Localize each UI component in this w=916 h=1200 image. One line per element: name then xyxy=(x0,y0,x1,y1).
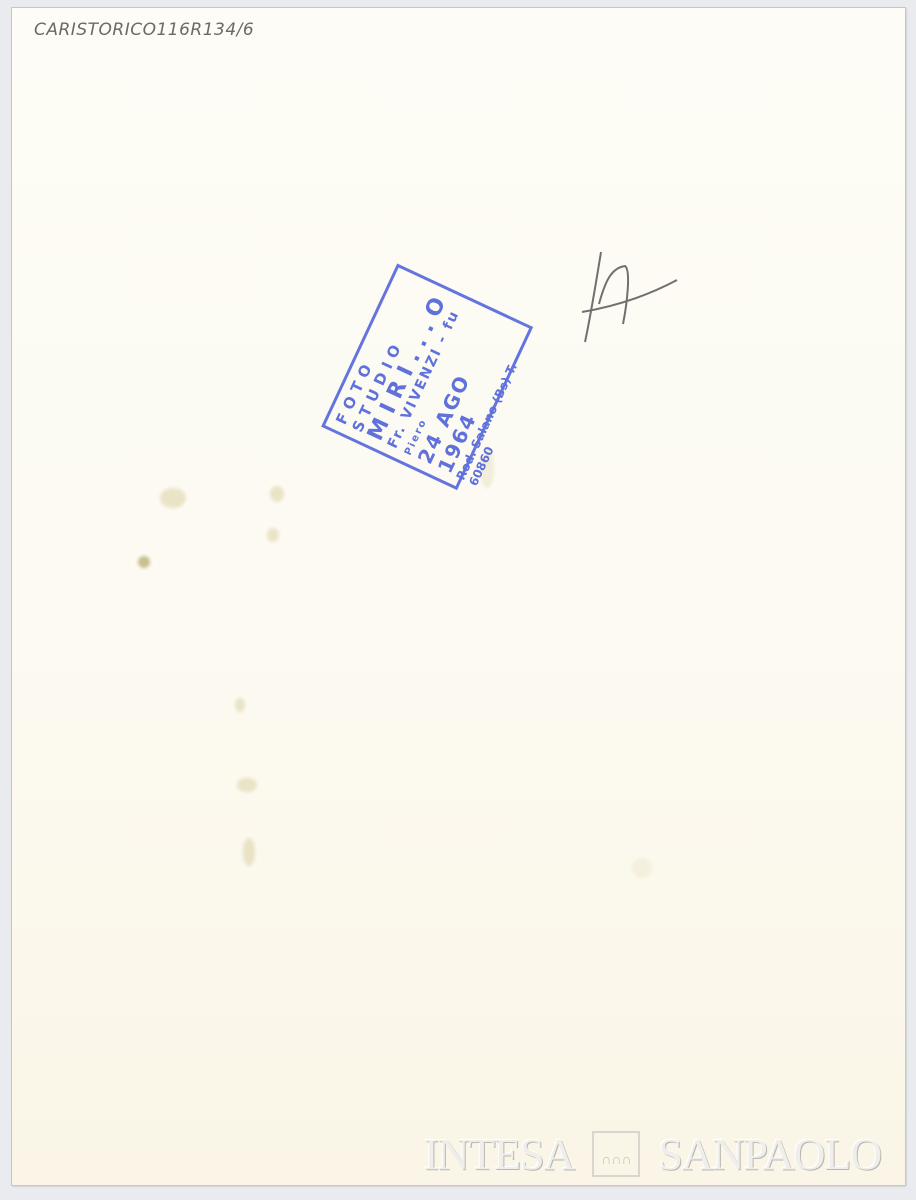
photo-back-sheet: CARISTORICO116R134/6 xyxy=(12,8,905,1185)
stain xyxy=(267,528,279,542)
stain xyxy=(237,778,257,792)
stain xyxy=(138,556,150,568)
catalog-number: CARISTORICO116R134/6 xyxy=(34,20,254,40)
watermark-left-text: INTESA xyxy=(424,1129,574,1180)
stain xyxy=(160,488,186,508)
stain xyxy=(243,838,255,866)
stain xyxy=(270,486,284,502)
watermark-right-text: SANPAOLO xyxy=(658,1129,881,1180)
stain xyxy=(632,858,652,878)
arches-logo-icon: ∩∩∩ xyxy=(592,1131,640,1177)
intesa-sanpaolo-watermark: INTESA ∩∩∩ SANPAOLO xyxy=(424,1128,881,1180)
stain xyxy=(235,698,245,712)
handwritten-a-mark xyxy=(577,244,687,354)
